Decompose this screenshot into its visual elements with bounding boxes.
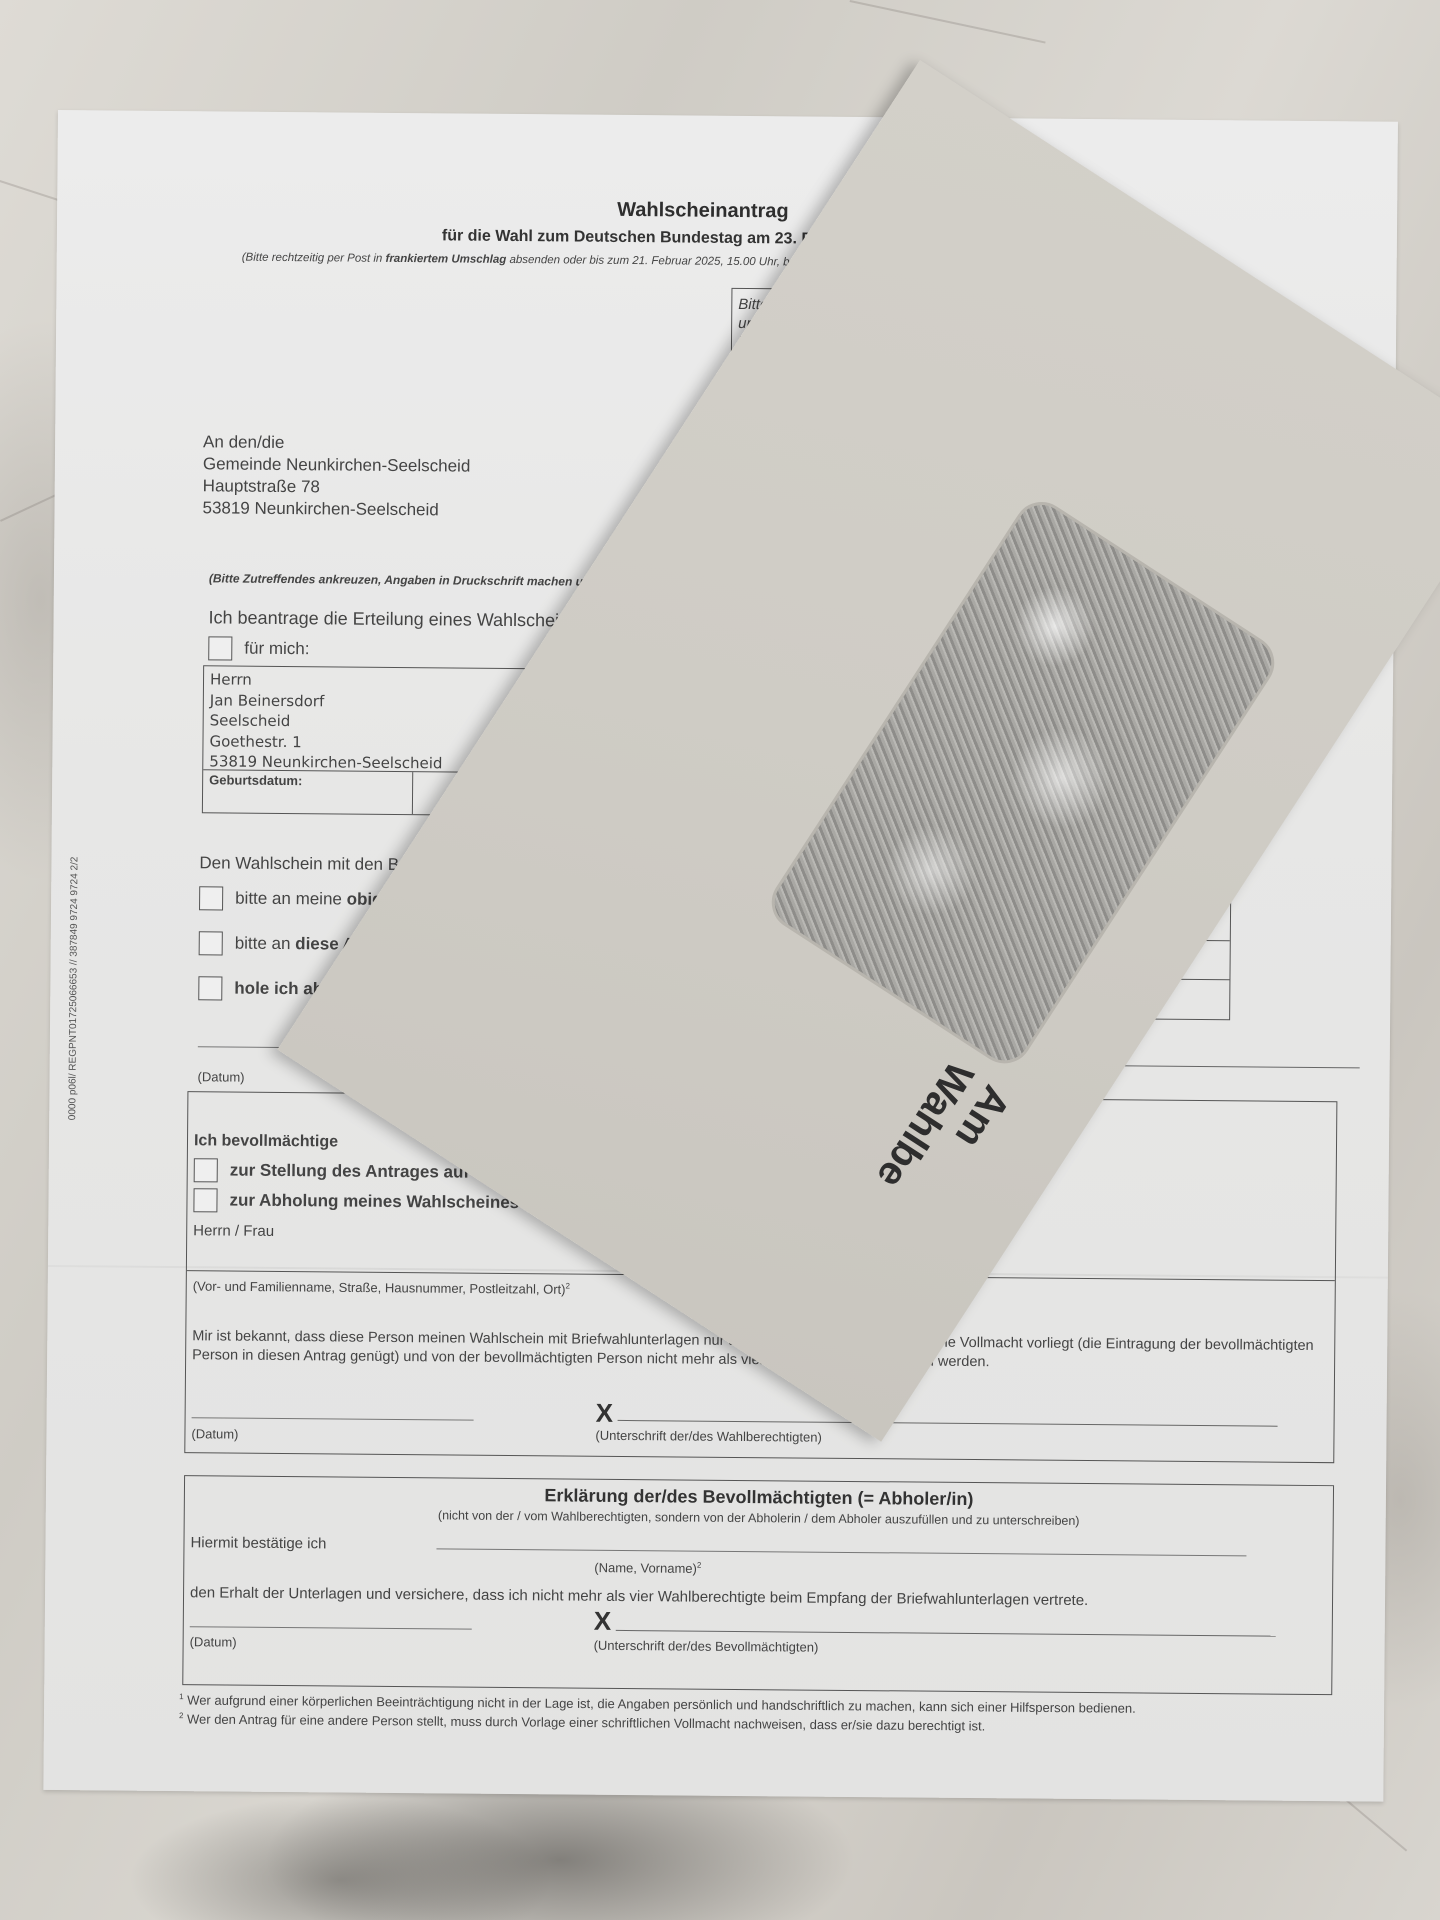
submission-note: (Bitte rechtzeitig per Post in frankiert… — [242, 252, 862, 269]
delivery-above-checkbox[interactable] — [199, 886, 223, 910]
form-reference-code: 0000 p06l/ REGPNT01725066653 // 387849 9… — [67, 857, 80, 1121]
apply-statement: Ich beantrage die Erteilung eines Wahlsc… — [208, 607, 593, 631]
vollmacht-signature-line[interactable] — [618, 1420, 1278, 1427]
recipient-address: An den/die Gemeinde Neunkirchen-Seelsche… — [202, 431, 470, 521]
date-label: (Datum) — [198, 1069, 245, 1084]
delivery-this-checkbox[interactable] — [199, 931, 223, 955]
delivery-pickup-checkbox[interactable] — [198, 976, 222, 1000]
envelope-address-text: Am Wahlbe — [868, 1054, 1018, 1220]
footnotes: 1 Wer aufgrund einer körperlichen Beeint… — [179, 1689, 1339, 1738]
birthdate-label: Geburtsdatum: — [203, 770, 413, 814]
erklaerung-date-line[interactable] — [190, 1626, 472, 1629]
vollmacht-application-checkbox[interactable] — [194, 1158, 218, 1182]
form-title: Wahlscheinantrag — [617, 199, 789, 223]
vollmacht-pickup-checkbox[interactable] — [193, 1188, 217, 1212]
for-me-checkbox[interactable] — [208, 636, 232, 660]
proxy-declaration-section: Erklärung der/des Bevollmächtigten (= Ab… — [182, 1475, 1334, 1695]
for-me-option: für mich: — [208, 636, 309, 661]
proxy-name-field[interactable] — [436, 1548, 1246, 1556]
erklaerung-signature-line[interactable] — [616, 1630, 1276, 1637]
vollmacht-date-line[interactable] — [192, 1417, 474, 1420]
